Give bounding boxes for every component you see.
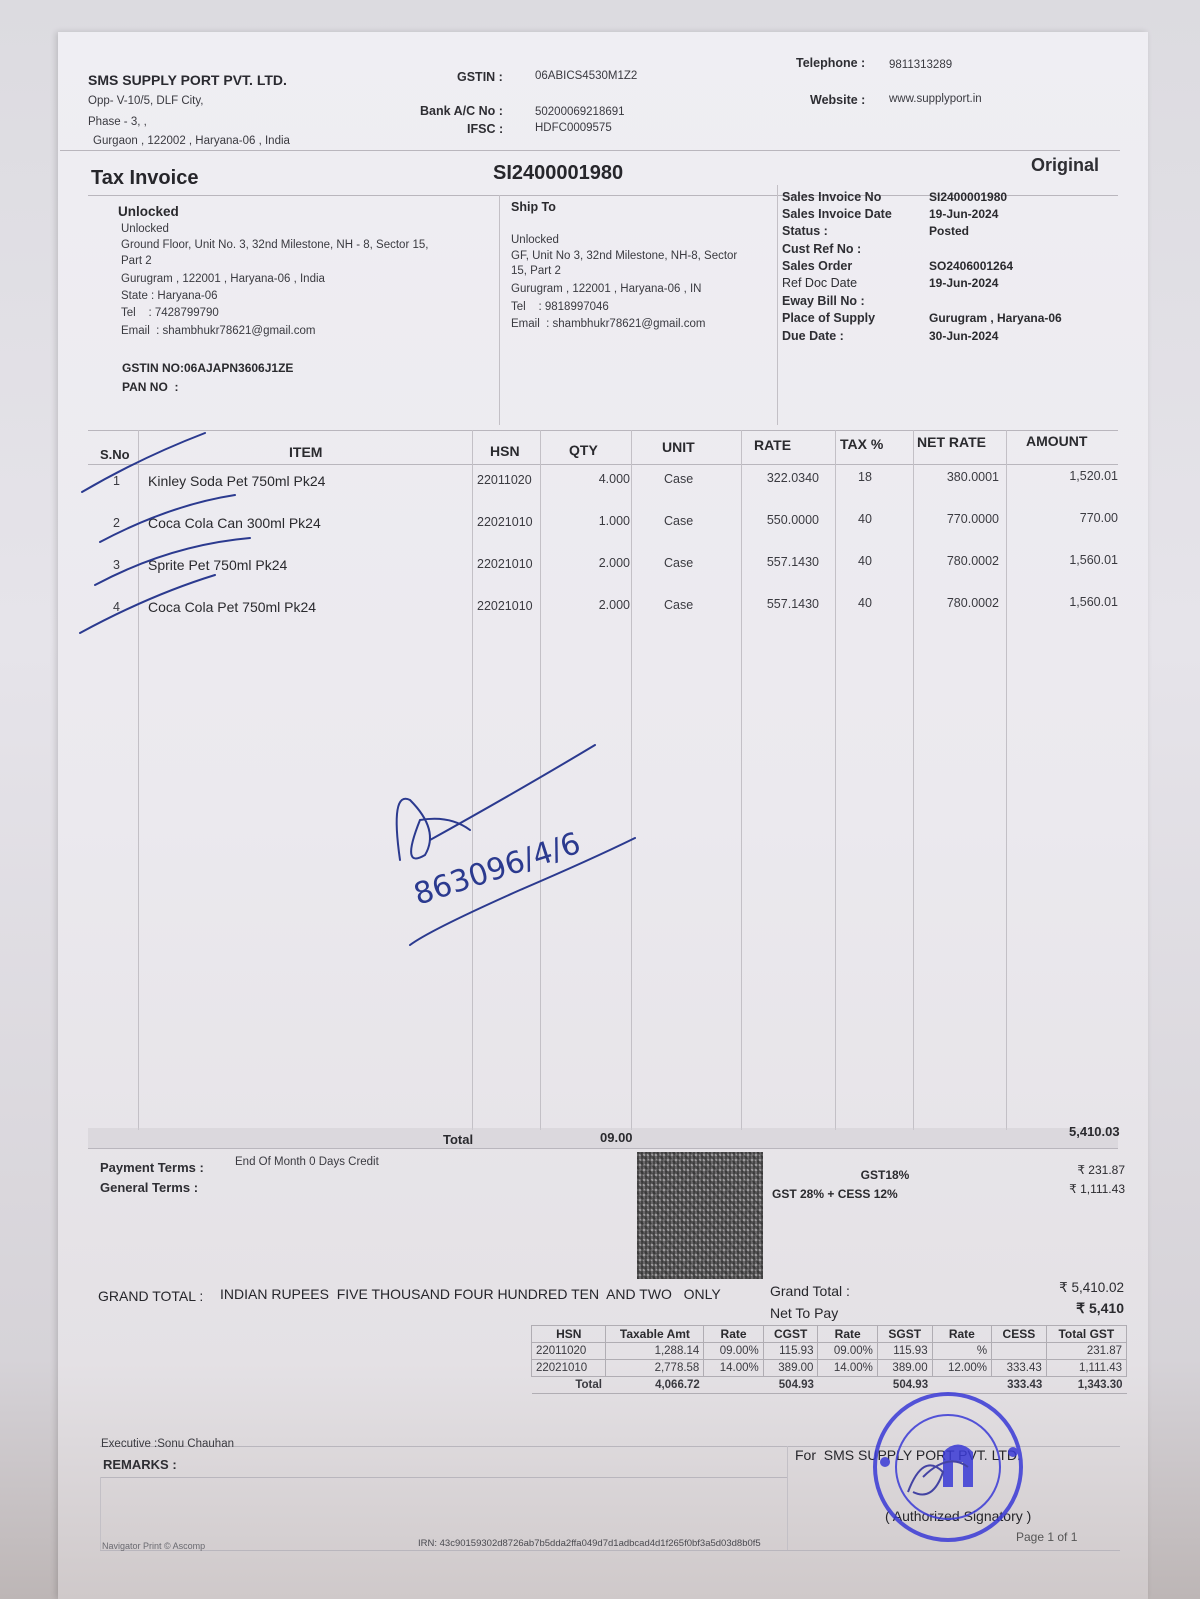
handwritten-marks: 863096/4/6 <box>0 0 1200 1599</box>
